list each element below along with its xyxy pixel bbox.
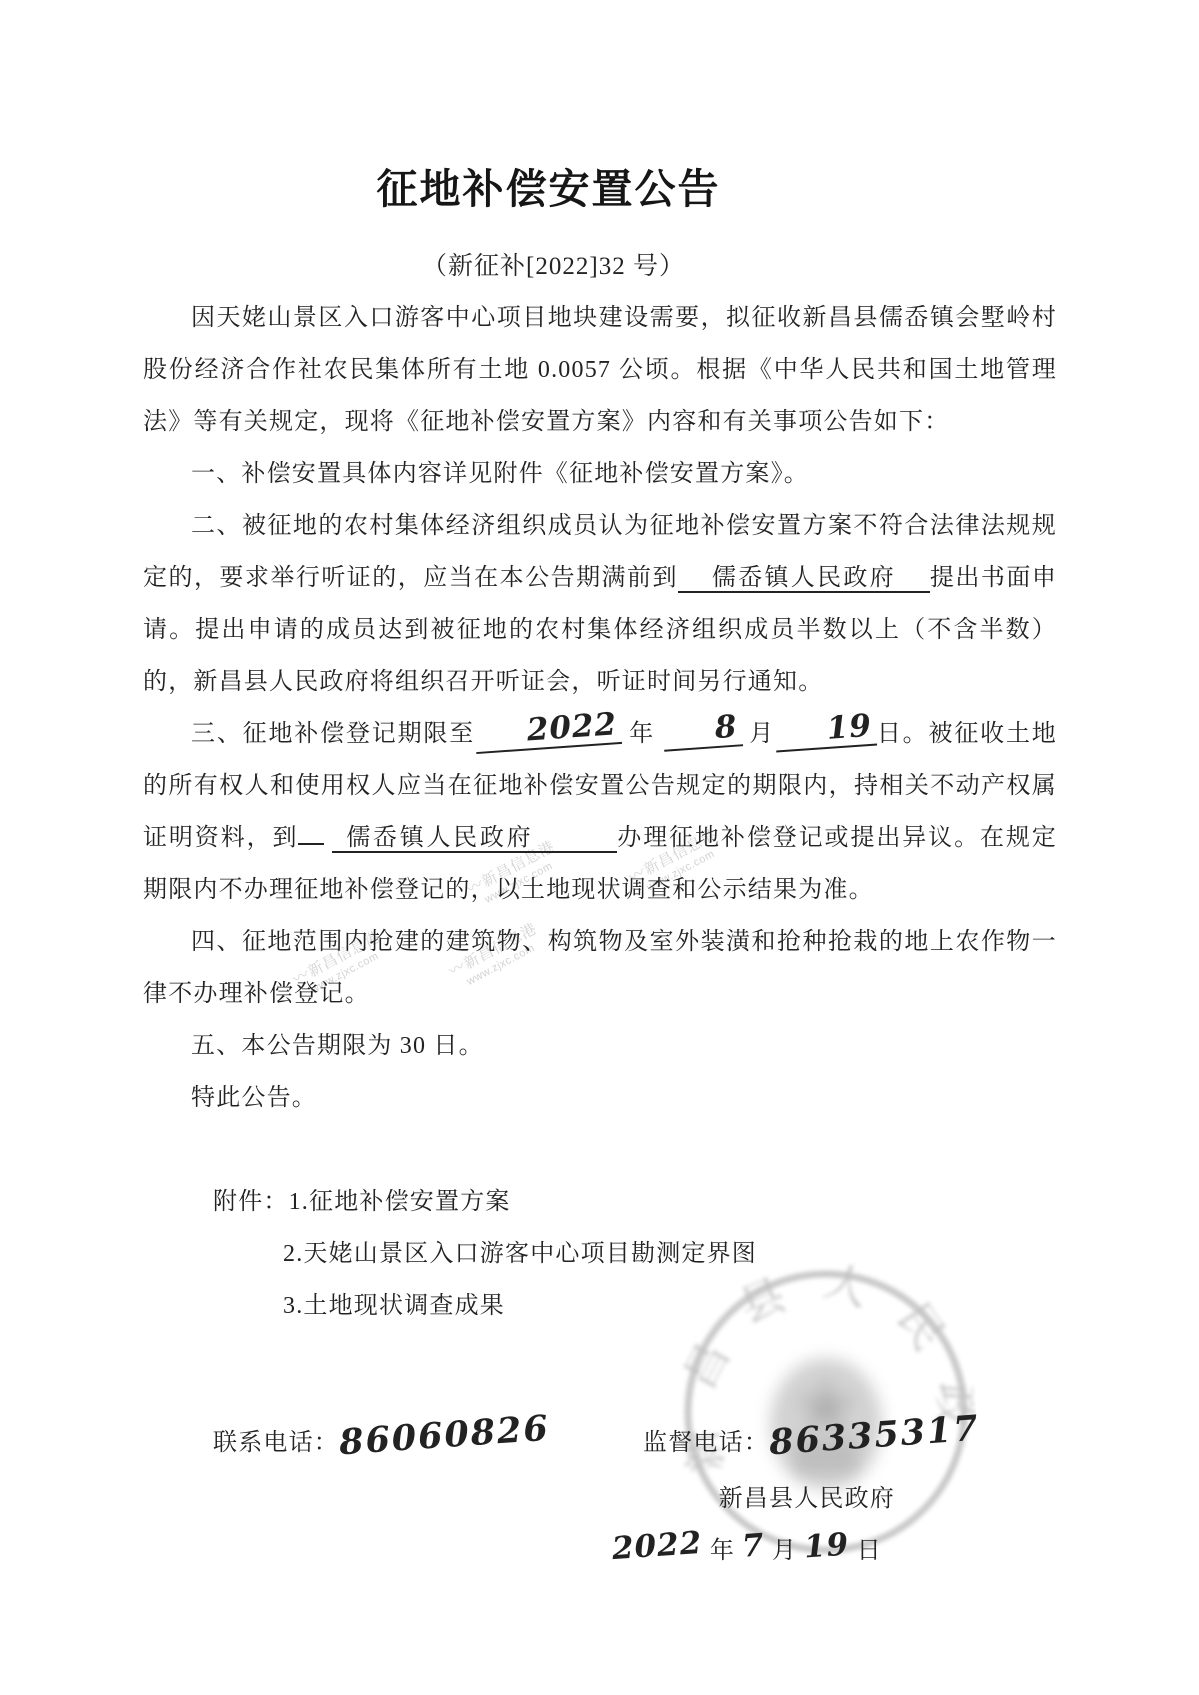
attachments-line-1: 附件：1.征地补偿安置方案 xyxy=(143,1176,1057,1228)
deadline-year-handwritten: 2022 xyxy=(474,709,622,754)
item-2: 二、被征地的农村集体经济组织成员认为征地补偿安置方案不符合法律法规规定的，要求举… xyxy=(143,500,1057,708)
hearing-authority-blank: 儒岙镇人民政府 xyxy=(678,565,930,593)
document-body: 因天姥山景区入口游客中心项目地块建设需要，拟征收新昌县儒岙镇会墅岭村股份经济合作… xyxy=(143,292,1057,1332)
item-1: 一、补偿安置具体内容详见附件《征地补偿安置方案》。 xyxy=(143,448,1057,500)
registration-authority-blank: 儒岙镇人民政府 xyxy=(332,825,617,853)
supervise-phone-label: 监督电话： xyxy=(643,1430,769,1456)
issue-year-handwritten: 2022 xyxy=(611,1528,703,1565)
item-4: 四、征地范围内抢建的建筑物、构筑物及室外装潢和抢种抢栽的地上农作物一律不办理补偿… xyxy=(143,916,1057,1020)
contacts-row: 联系电话：86060826 监督电话：86335317 xyxy=(143,1418,1057,1468)
document-number: （新征补[2022]32 号） xyxy=(0,246,1199,282)
intro-paragraph: 因天姥山景区入口游客中心项目地块建设需要，拟征收新昌县儒岙镇会墅岭村股份经济合作… xyxy=(143,292,1057,448)
issue-month-handwritten: 7 xyxy=(741,1530,766,1562)
blank-line xyxy=(143,1124,1057,1176)
issue-day-unit: 日 xyxy=(857,1538,882,1564)
deadline-day-handwritten: 19 xyxy=(774,711,877,753)
attachments-line-2: 2.天姥山景区入口游客中心项目勘测定界图 xyxy=(143,1228,1057,1280)
attachments-line-3: 3.土地现状调查成果 xyxy=(143,1280,1057,1332)
issue-year-unit: 年 xyxy=(710,1538,735,1564)
item-3-text-pre: 三、征地补偿登记期限至 xyxy=(191,721,475,747)
issue-date: 2022 年 7 月 19 日 xyxy=(143,1526,1057,1576)
day-unit: 日。 xyxy=(876,721,928,747)
deadline-month-handwritten: 8 xyxy=(662,711,743,751)
contact-phone-number-handwritten: 86060826 xyxy=(338,1411,551,1461)
item-5: 五、本公告期限为 30 日。 xyxy=(143,1020,1057,1072)
page-title: 征地补偿安置公告 xyxy=(0,156,1199,215)
underline-stub xyxy=(298,823,324,845)
attachment-item: 2.天姥山景区入口游客中心项目勘测定界图 xyxy=(283,1241,757,1267)
contact-phone-label: 联系电话： xyxy=(213,1430,339,1456)
item-3: 三、征地补偿登记期限至2022 年 8 月19日。被征收土地的所有权人和使用权人… xyxy=(143,708,1057,916)
supervise-phone-number-handwritten: 86335317 xyxy=(768,1411,981,1461)
issue-day-handwritten: 19 xyxy=(803,1529,850,1563)
attachments-label: 附件： xyxy=(213,1189,289,1215)
issue-month-unit: 月 xyxy=(772,1538,797,1564)
supervise-phone-group: 监督电话：86335317 xyxy=(643,1418,980,1468)
attachment-item: 1.征地补偿安置方案 xyxy=(289,1189,511,1215)
contact-phone-group: 联系电话：86060826 xyxy=(213,1418,550,1468)
month-unit: 月 xyxy=(749,721,775,747)
document-footer: 联系电话：86060826 监督电话：86335317 新昌县人民政府 2022… xyxy=(143,1418,1057,1576)
year-unit: 年 xyxy=(629,721,655,747)
issuer-name: 新昌县人民政府 xyxy=(143,1474,1057,1524)
attachment-item: 3.土地现状调查成果 xyxy=(283,1293,505,1319)
closing-line: 特此公告。 xyxy=(143,1072,1057,1124)
